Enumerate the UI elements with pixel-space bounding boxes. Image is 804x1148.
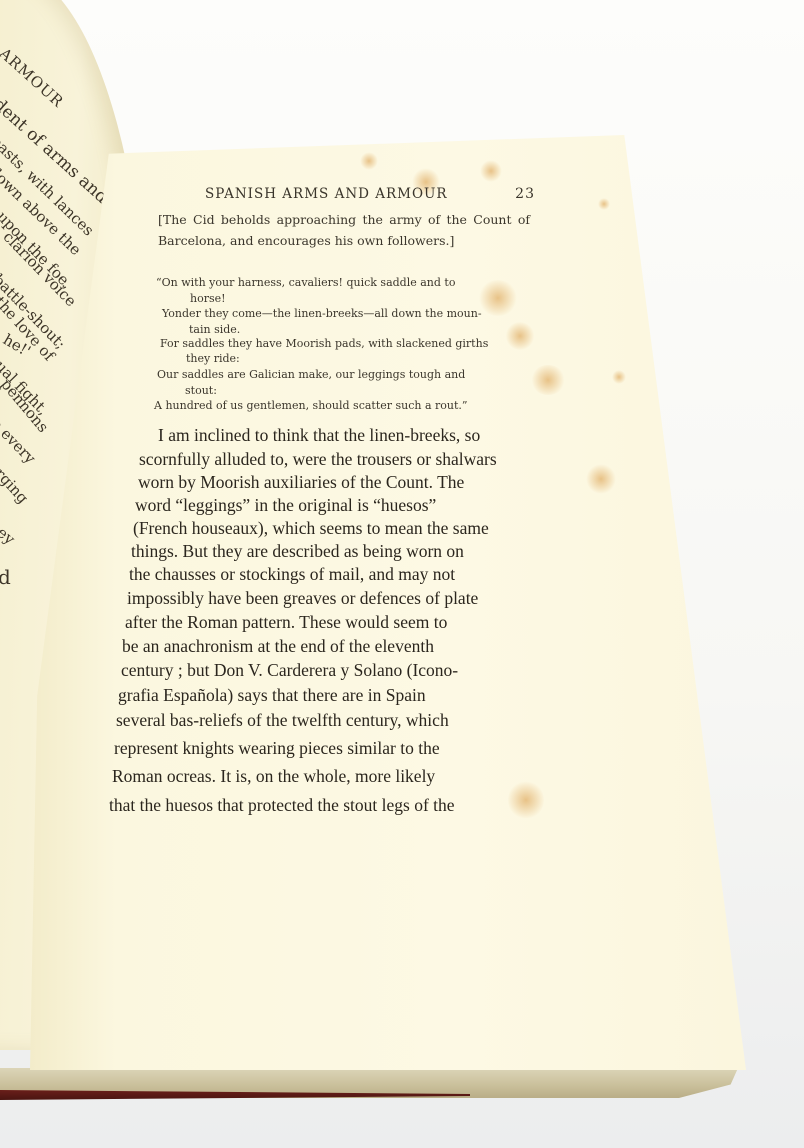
verse-line: Yonder they come—the linen-breeks—all do…	[162, 307, 482, 320]
verse-line: they ride:	[186, 352, 240, 365]
verse-line: horse!	[190, 292, 226, 305]
body-line: the chausses or stockings of mail, and m…	[129, 564, 455, 585]
verse-line: Our saddles are Galician make, our leggi…	[157, 368, 465, 381]
body-line: scornfully alluded to, were the trousers…	[139, 449, 497, 470]
body-line: several bas-reliefs of the twelfth centu…	[116, 710, 449, 731]
body-line: I am inclined to think that the linen-br…	[158, 425, 480, 446]
running-head: SPANISH ARMS AND ARMOUR 23	[205, 186, 535, 202]
body-line: grafia Española) says that there are in …	[118, 685, 426, 706]
book-photo: ARMOUR dent of arms and easts, with lanc…	[0, 0, 804, 1148]
body-line: word “leggings” in the original is “hues…	[135, 495, 436, 516]
body-line: be an anachronism at the end of the elev…	[122, 636, 434, 657]
verse-line: tain side.	[189, 323, 240, 336]
body-line: after the Roman pattern. These would see…	[125, 612, 447, 633]
body-line: things. But they are described as being …	[131, 541, 464, 562]
verse-line: “On with your harness, cavaliers! quick …	[156, 276, 455, 289]
body-line: worn by Moorish auxiliaries of the Count…	[138, 472, 464, 493]
body-line: impossibly have been greaves or defences…	[127, 588, 478, 609]
verse-line: A hundred of us gentlemen, should scatte…	[154, 399, 468, 412]
body-line: Roman ocreas. It is, on the whole, more …	[112, 766, 435, 787]
body-line: that the huesos that protected the stout…	[109, 795, 455, 816]
body-line: represent knights wearing pieces similar…	[114, 738, 440, 759]
body-line: (French houseaux), which seems to mean t…	[133, 518, 489, 539]
page-number: 23	[515, 186, 535, 202]
running-head-title: SPANISH ARMS AND ARMOUR	[205, 186, 448, 202]
page-text: SPANISH ARMS AND ARMOUR 23 [The Cid beho…	[0, 0, 804, 1148]
intro-note: [The Cid beholds approaching the army of…	[158, 209, 530, 251]
verse-line: For saddles they have Moorish pads, with…	[160, 337, 488, 350]
verse-line: stout:	[185, 384, 217, 397]
body-line: century ; but Don V. Carderera y Solano …	[121, 660, 458, 681]
